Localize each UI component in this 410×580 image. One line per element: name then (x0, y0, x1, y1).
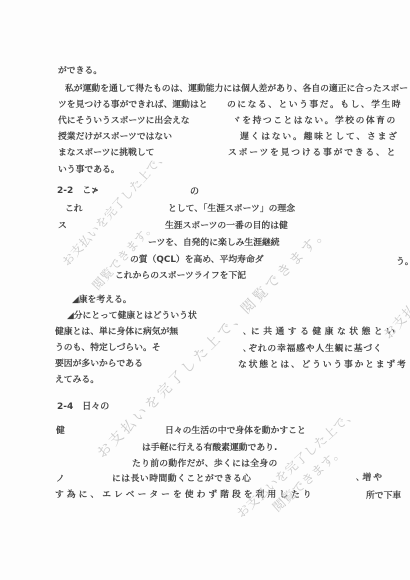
watermark-stamp: お支払いを完了した上で、閲覧できます。 (378, 133, 410, 342)
text-line-fragment: の質（QCL）を高め、平均寿命ダ (130, 255, 264, 266)
text-line-fragment: 健康とは、単に身体に病気が無 (55, 327, 178, 338)
text-line-fragment: ツを見つける事ができれば、運動はと (58, 100, 208, 111)
text-line-fragment: には長い時間動くことができる心 (112, 474, 251, 485)
text-line-fragment: う。 (396, 257, 410, 268)
text-line-fragment: これからのスポーツライフを下記 (115, 271, 246, 282)
text-line-fragment: ◢分にとって健康とはどういう状 (67, 311, 197, 322)
text-line-fragment: 所で下車 (366, 491, 401, 502)
text-line-fragment: まなスポーツに挑戦して (58, 148, 154, 159)
section-heading: の (190, 187, 199, 198)
text-line-fragment: ､に共通する健康な状態とい (243, 327, 398, 338)
text-line-fragment: として、「生涯スポーツ」の理念 (168, 204, 295, 215)
text-line-fragment: ､ぞれの幸福感や人生観に基づく (243, 344, 383, 355)
document-page: ができる。私が運動を通して得たものは、運動能力には個人差があり、各自の適正に合っ… (0, 0, 410, 580)
text-line-fragment: いう事である。 (58, 165, 120, 176)
text-line-fragment: たり前の動作だが、歩くには全身の (132, 459, 278, 470)
text-line-fragment: 授業だけがスポーツではない (58, 132, 172, 143)
text-line-fragment: うのも、特定しづらい。そ (55, 343, 161, 354)
text-line-fragment: ス (58, 221, 67, 232)
text-line-fragment: 日々の生活の中で身体を動かすこと (165, 426, 306, 437)
text-line-fragment: 代にそういうスポーツに出会えな (58, 116, 190, 127)
text-line-fragment: のになる、という事だ。もし、学生時 (227, 100, 402, 111)
text-line-fragment: ､増や (356, 473, 384, 484)
text-line-fragment: ができる。 (58, 66, 102, 77)
text-line-fragment: 生涯スポーツの一番の目的は健 (165, 221, 288, 232)
text-line-fragment: えてみる。 (55, 375, 99, 386)
text-line-fragment: ーツを、自発的に楽しみ生涯継続 (148, 238, 280, 249)
text-line-fragment: 遅くはない。趣味として、さまざ (240, 132, 399, 143)
text-line-fragment: 健 (56, 426, 65, 437)
text-line-fragment: 要因が多いからである (55, 359, 143, 370)
section-heading: 2-2 こ≯ (57, 186, 99, 197)
text-line-fragment: これ (65, 204, 83, 215)
text-line-fragment: な状態とは、どういう事かとまず考 (238, 360, 408, 371)
text-line-fragment: ノ (56, 474, 65, 485)
text-line-fragment: スポーツを見つける事ができる、と (228, 148, 397, 159)
text-line-fragment: 私が運動を通して得たものは、運動能力には個人差があり、各自の適正に合ったスポー (65, 84, 408, 95)
section-heading: 2-4 日々の (57, 402, 109, 413)
text-line-fragment: は手軽に行える有酸素運動であり. (142, 443, 277, 454)
text-line-fragment: ヾを持つことはない。学校の体育の (232, 116, 397, 127)
text-line-fragment: ◢康を考える。 (72, 295, 132, 306)
